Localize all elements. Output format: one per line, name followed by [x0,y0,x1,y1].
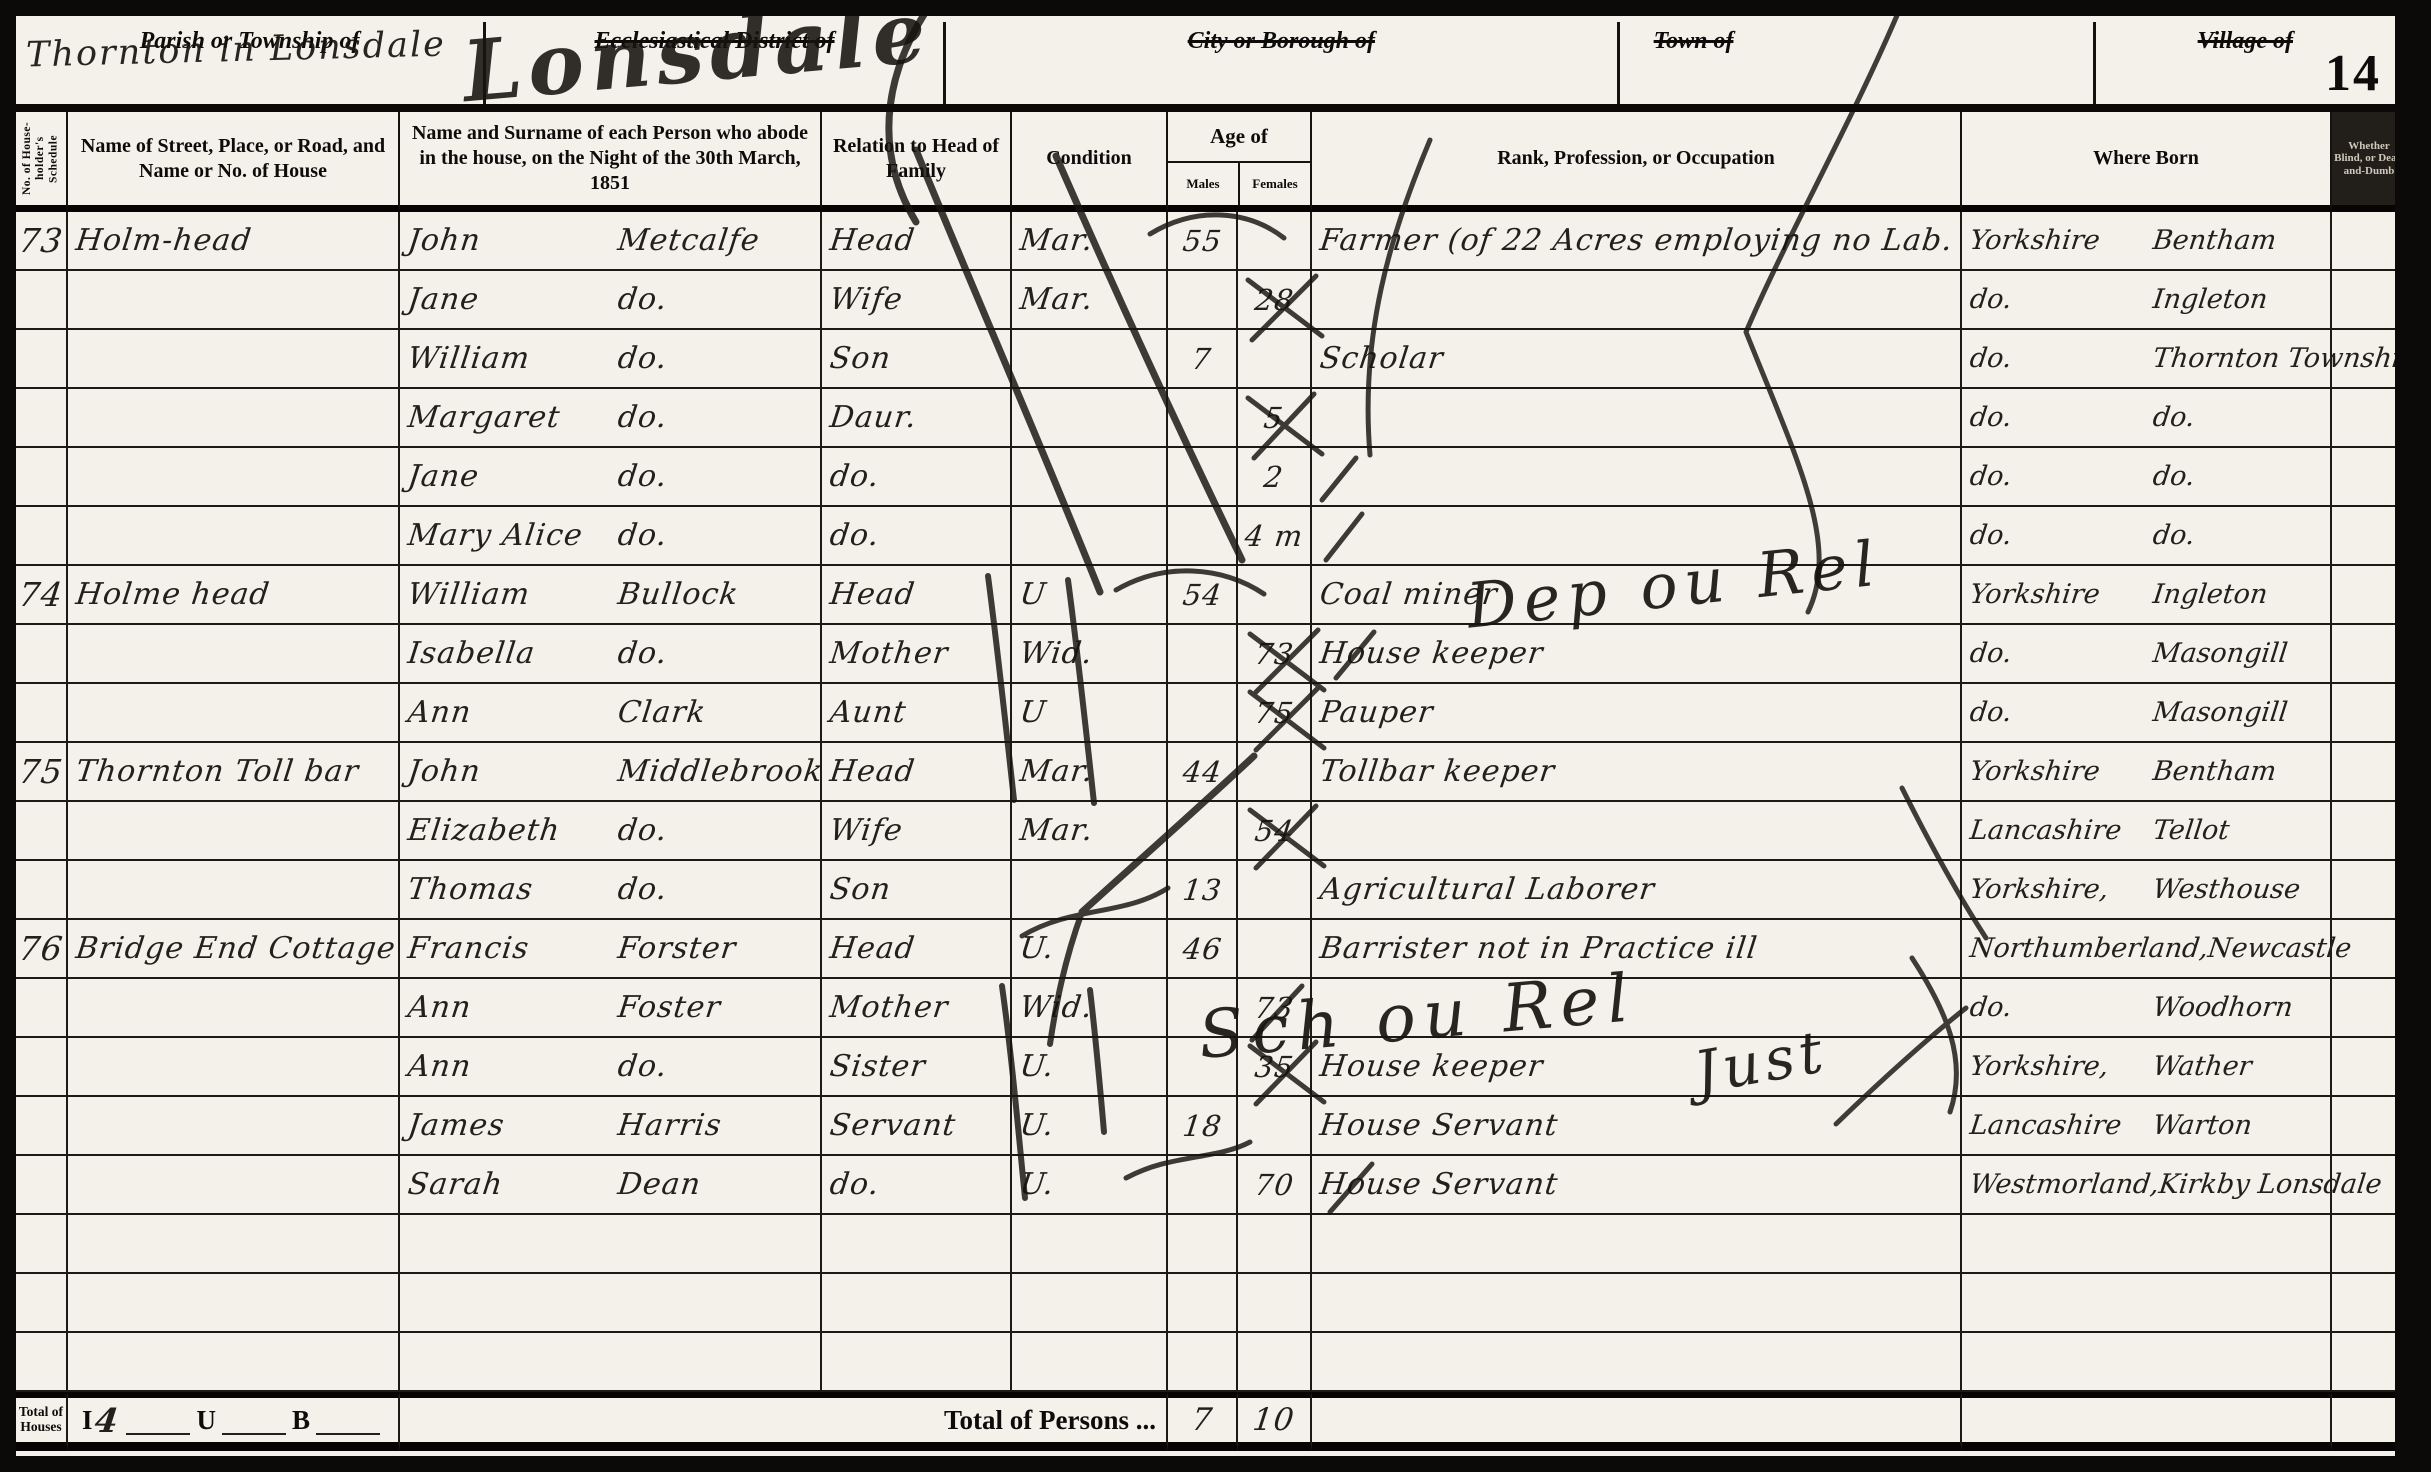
relation-cell: Head [822,743,1012,802]
street-cell [68,1333,400,1392]
street-cell [68,1038,400,1097]
person-name-cell: WilliamBullock [400,566,822,625]
relation-cell: Daur. [822,389,1012,448]
where-born-cell: Westmorland,Kirkby Lonsdale [1962,1156,2332,1215]
street-cell [68,861,400,920]
street-cell: Holm-head [68,212,400,271]
age-females-cell [1238,743,1312,802]
relation-cell: Aunt [822,684,1012,743]
person-name-cell: JohnMetcalfe [400,212,822,271]
condition-cell [1012,861,1168,920]
age-females-cell: 5 [1238,389,1312,448]
column-header-street: Name of Street, Place, or Road, and Name… [68,112,400,212]
total-females: 10 [1238,1392,1312,1451]
person-name-cell: Janedo. [400,271,822,330]
scan-border-right [2395,0,2431,1472]
relation-cell: Son [822,861,1012,920]
age-males-cell [1168,507,1238,566]
where-born-cell: YorkshireBentham [1962,743,2332,802]
occupation-cell: House Servant [1312,1156,1962,1215]
age-females-cell [1238,861,1312,920]
age-males-cell [1168,625,1238,684]
column-header-relation: Relation to Head of Family [822,112,1012,212]
person-name-cell: Williamdo. [400,330,822,389]
person-name-cell [400,1215,822,1274]
person-name-cell: Margaretdo. [400,389,822,448]
males-subheader: Males [1168,163,1238,205]
occupation-cell [1312,1215,1962,1274]
condition-cell: U. [1012,1097,1168,1156]
condition-cell [1012,1274,1168,1333]
where-born-cell: do.do. [1962,507,2332,566]
occupation-cell [1312,271,1962,330]
condition-cell [1012,1333,1168,1392]
relation-cell: Wife [822,271,1012,330]
age-females-cell [1238,330,1312,389]
person-name-cell [400,1333,822,1392]
street-cell [68,1274,400,1333]
inhabited-label: I [82,1405,93,1436]
occupation-cell [1312,802,1962,861]
city-borough-label: City or Borough of [946,22,1617,55]
age-males-cell [1168,271,1238,330]
totals-empty-occupation [1312,1392,1962,1451]
occupation-cell: Barrister not in Practice ill [1312,920,1962,979]
relation-cell: Sister [822,1038,1012,1097]
where-born-cell: Yorkshire,Wather [1962,1038,2332,1097]
occupation-cell: House Servant [1312,1097,1962,1156]
condition-cell [1012,1215,1168,1274]
condition-cell: U. [1012,920,1168,979]
age-males-cell [1168,1274,1238,1333]
total-houses-values: I 4 U B [68,1392,400,1451]
person-name-cell: Janedo. [400,448,822,507]
person-name-cell: AnnFoster [400,979,822,1038]
census-page: Parish or Township of Ecclesiastical Dis… [0,0,2431,1472]
city-borough-cell: City or Borough of [946,22,1620,104]
town-label: Town of [1620,22,2093,55]
uninhabited-label: U [196,1405,216,1436]
person-name-cell: AnnClark [400,684,822,743]
blank-line [316,1405,380,1435]
condition-cell [1012,330,1168,389]
schedule-number-cell [16,861,68,920]
occupation-cell [1312,448,1962,507]
age-males-cell: 13 [1168,861,1238,920]
town-cell: Town of [1620,22,2096,104]
relation-cell: do. [822,1156,1012,1215]
where-born-cell: YorkshireBentham [1962,212,2332,271]
occupation-cell: House keeper [1312,625,1962,684]
street-cell [68,1156,400,1215]
street-cell [68,448,400,507]
where-born-cell: do.do. [1962,448,2332,507]
age-of-label: Age of [1168,112,1310,161]
condition-cell: Mar. [1012,212,1168,271]
total-males: 7 [1168,1392,1238,1451]
condition-cell: Wid. [1012,625,1168,684]
females-subheader: Females [1238,163,1310,205]
village-cell: Village of 14 [2096,22,2395,104]
condition-cell: U [1012,566,1168,625]
column-header-occupation: Rank, Profession, or Occupation [1312,112,1962,212]
condition-cell [1012,389,1168,448]
column-header-schedule: No. of House-holder's Schedule [16,112,68,212]
street-cell [68,1215,400,1274]
occupation-cell [1312,1274,1962,1333]
schedule-number-cell [16,1156,68,1215]
where-born-cell: Yorkshire,Westhouse [1962,861,2332,920]
street-cell [68,507,400,566]
person-name-cell: Anndo. [400,1038,822,1097]
age-females-cell: 4 m [1238,507,1312,566]
age-subheaders: Males Females [1168,161,1310,205]
total-houses-label: Total of Houses [16,1392,68,1451]
schedule-number-cell: 73 [16,212,68,271]
condition-cell [1012,448,1168,507]
schedule-number-cell: 75 [16,743,68,802]
street-cell [68,979,400,1038]
street-cell [68,1097,400,1156]
street-cell: Holme head [68,566,400,625]
street-cell [68,330,400,389]
age-females-cell: 75 [1238,684,1312,743]
scan-border-bottom [0,1456,2431,1472]
condition-cell: Wid. [1012,979,1168,1038]
occupation-cell: Pauper [1312,684,1962,743]
street-cell [68,271,400,330]
schedule-number-cell [16,1038,68,1097]
occupation-cell: Agricultural Laborer [1312,861,1962,920]
scan-border-left [0,0,16,1460]
age-females-cell [1238,1215,1312,1274]
where-born-cell: do.Masongill [1962,684,2332,743]
relation-cell [822,1333,1012,1392]
condition-cell: U. [1012,1038,1168,1097]
schedule-number-cell [16,1274,68,1333]
person-name-cell: FrancisForster [400,920,822,979]
schedule-number-cell [16,448,68,507]
relation-cell: Head [822,212,1012,271]
schedule-number-cell [16,507,68,566]
street-cell [68,684,400,743]
where-born-cell: do.Thornton Township [1962,330,2332,389]
condition-cell: U. [1012,1156,1168,1215]
scan-border-top [0,0,2431,16]
schedule-number-cell [16,330,68,389]
blank-line [222,1405,286,1435]
relation-cell: Mother [822,979,1012,1038]
inhabited-count: 4 [92,1401,121,1440]
street-cell [68,802,400,861]
schedule-number-cell [16,1097,68,1156]
person-name-cell [400,1274,822,1333]
relation-cell: Wife [822,802,1012,861]
person-name-cell: SarahDean [400,1156,822,1215]
relation-cell [822,1215,1012,1274]
schedule-number-cell: 74 [16,566,68,625]
age-females-cell: 54 [1238,802,1312,861]
age-males-cell [1168,448,1238,507]
where-born-cell: do.Ingleton [1962,271,2332,330]
occupation-cell: Farmer (of 22 Acres employing no Lab. [1312,212,1962,271]
street-cell [68,389,400,448]
where-born-cell [1962,1215,2332,1274]
relation-cell: Head [822,566,1012,625]
where-born-cell: Northumberland,Newcastle [1962,920,2332,979]
street-cell: Bridge End Cottage [68,920,400,979]
column-header-age: Age of Males Females [1168,112,1312,212]
building-label: B [292,1405,310,1436]
occupation-cell: Scholar [1312,330,1962,389]
age-females-cell [1238,920,1312,979]
age-females-cell [1238,1274,1312,1333]
age-females-cell: 70 [1238,1156,1312,1215]
street-cell: Thornton Toll bar [68,743,400,802]
page-number: 14 [2325,44,2381,103]
schedule-number-cell: 76 [16,920,68,979]
age-males-cell [1168,1333,1238,1392]
schedule-number-cell [16,625,68,684]
totals-empty-born [1962,1392,2332,1451]
column-header-born: Where Born [1962,112,2332,212]
schedule-number-cell [16,684,68,743]
where-born-cell: YorkshireIngleton [1962,566,2332,625]
column-header-condition: Condition [1012,112,1168,212]
schedule-number-cell [16,1215,68,1274]
schedule-number-cell [16,1333,68,1392]
age-males-cell [1168,1215,1238,1274]
occupation-cell: Tollbar keeper [1312,743,1962,802]
schedule-number-cell [16,979,68,1038]
street-cell [68,625,400,684]
where-born-cell: do.Masongill [1962,625,2332,684]
condition-cell: U [1012,684,1168,743]
age-females-cell [1238,1333,1312,1392]
age-males-cell [1168,802,1238,861]
census-table: No. of House-holder's Schedule Name of S… [16,112,2408,1451]
age-males-cell [1168,1156,1238,1215]
person-name-cell: Isabellado. [400,625,822,684]
condition-cell: Mar. [1012,271,1168,330]
relation-cell: do. [822,448,1012,507]
occupation-cell [1312,1333,1962,1392]
relation-cell: Mother [822,625,1012,684]
condition-cell: Mar. [1012,743,1168,802]
occupation-cell [1312,389,1962,448]
relation-cell: Son [822,330,1012,389]
age-females-cell [1238,212,1312,271]
age-males-cell [1168,389,1238,448]
person-name-cell: Mary Alicedo. [400,507,822,566]
relation-cell: do. [822,507,1012,566]
relation-cell [822,1274,1012,1333]
total-persons-label: Total of Persons ... [400,1392,1168,1451]
age-males-cell [1168,684,1238,743]
where-born-cell [1962,1333,2332,1392]
age-males-cell: 44 [1168,743,1238,802]
age-males-cell: 55 [1168,212,1238,271]
age-females-cell: 73 [1238,625,1312,684]
where-born-cell [1962,1274,2332,1333]
age-females-cell [1238,566,1312,625]
age-females-cell: 2 [1238,448,1312,507]
relation-cell: Servant [822,1097,1012,1156]
header-divider-rule [0,104,2431,112]
age-males-cell: 46 [1168,920,1238,979]
person-name-cell: JohnMiddlebrook [400,743,822,802]
schedule-number-cell [16,389,68,448]
age-males-cell: 18 [1168,1097,1238,1156]
person-name-cell: Thomasdo. [400,861,822,920]
schedule-number-cell [16,802,68,861]
where-born-cell: do.do. [1962,389,2332,448]
age-males-cell: 54 [1168,566,1238,625]
schedule-number-cell [16,271,68,330]
condition-cell: Mar. [1012,802,1168,861]
age-females-cell: 28 [1238,271,1312,330]
where-born-cell: LancashireWarton [1962,1097,2332,1156]
column-header-name: Name and Surname of each Person who abod… [400,112,822,212]
condition-cell [1012,507,1168,566]
person-name-cell: Elizabethdo. [400,802,822,861]
age-males-cell: 7 [1168,330,1238,389]
age-females-cell [1238,1097,1312,1156]
person-name-cell: JamesHarris [400,1097,822,1156]
where-born-cell: do.Woodhorn [1962,979,2332,1038]
where-born-cell: LancashireTellot [1962,802,2332,861]
relation-cell: Head [822,920,1012,979]
blank-line [126,1405,190,1435]
